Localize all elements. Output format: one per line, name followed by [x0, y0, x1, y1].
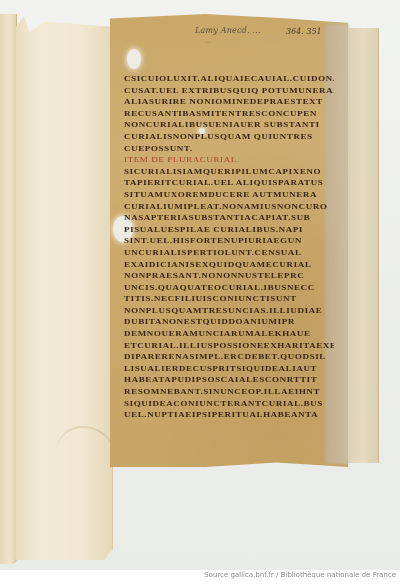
text-line: CSICUIOLUXIT.ALIQUAIECAUIAL.CUIDONAS — [124, 74, 334, 84]
text-line: HABEATAPUDIPSOSCAIALESCONRTTIT — [124, 375, 334, 385]
text-line: DIPARERENASIMPL.ERCDEBET.QUODSIL — [124, 352, 334, 362]
text-line: SIQUIDEACONIUNCTERANTCURIAL.BUS — [124, 399, 334, 409]
folio-reference: 364. 351 — [286, 27, 322, 36]
text-line: PISUALUESPILAE CURIALIBUS.NAPI — [124, 225, 334, 235]
text-line: SICURIALISIAMQUERIPILUMCAPIXENO — [124, 167, 334, 177]
manuscript-text-block: CSICUIOLUXIT.ALIQUAIECAUIAL.CUIDONASCUSA… — [124, 74, 334, 422]
text-line: UNCURIALISPERTIOLUNT.CENSUAL — [124, 248, 334, 258]
text-line: RESOMNEBANT.SINUNCEOP.ILLAEIHNT — [124, 387, 334, 397]
text-line: CUEPOSSUNT. — [124, 144, 334, 154]
text-line: CURIALISNONPLUSQUAM QUIUNTRES — [124, 132, 334, 142]
text-line: TITIS.NECFILIUISCONIUNCTISUNT — [124, 294, 334, 304]
paper-guard-leaf — [16, 16, 113, 560]
text-line: EXAIDICIANISEXQUIDQUAMECURIAL — [124, 260, 334, 270]
adjacent-leaf-edge — [0, 14, 17, 564]
rubric-line: ITEM DE PLURACURIAL. — [124, 155, 334, 165]
text-line: SITUAMUXOREMDUCERE AUTMUNERA — [124, 190, 334, 200]
text-line: DEMNOUERAMUNCIARUMALEKHAUE — [124, 329, 334, 339]
text-line: NONPLUSQUAMTRESUNCIAS.ILLIUDIAE — [124, 306, 334, 316]
text-line: NONCURIALIBUSUENIAUER SUBSTANTI — [124, 120, 334, 130]
text-line: LISUALIERDECUSPRITSIQUIDEALIAUT — [124, 364, 334, 374]
text-line: CUSAT.UEL EXTRIBUSQUIQ POTUMUNERAEC — [124, 86, 334, 96]
text-line: NONPRAESANT.NONONNUSTELEPRC — [124, 271, 334, 281]
text-line: SINT.UEL.HISFORTENUPIURIAEGUN — [124, 236, 334, 246]
marginal-annotation: Lamy Anecd. ... — [195, 26, 261, 35]
text-line: CURIALIUMIPLEAT.NONAMIUSNONCURO — [124, 202, 334, 212]
source-credit: Source gallica.bnf.fr / Bibliothèque nat… — [204, 571, 396, 579]
water-stain — [56, 426, 118, 468]
marginal-annotation-sub: ... — [205, 38, 211, 45]
text-line: NASAPTERIASUBSTANTIACAPIAT.SUB — [124, 213, 334, 223]
text-line: UEL.NUPTIAEIPSIPERITUALHABEANTA — [124, 410, 334, 420]
text-line: ETCURIAL.ILLIUSPOSSIONEEXHARITAEXE — [124, 341, 334, 351]
text-line: RECUSANTIBASMITENTRESCONCUPEN — [124, 109, 334, 119]
text-line: TAPIERITCURIAL.UEL ALIQUISPARATUS — [124, 178, 334, 188]
text-line: UNCIS.QUAQUATEOCURIAL.IBUSNECC — [124, 283, 334, 293]
text-line: DUBITANONESTQUIDDOANIUMIPR — [124, 317, 334, 327]
text-line: ALIASURIRE NONIOMINEDEPRAESTEXT — [124, 97, 334, 107]
parchment-hole — [127, 49, 141, 69]
mounting-strip — [348, 28, 379, 463]
